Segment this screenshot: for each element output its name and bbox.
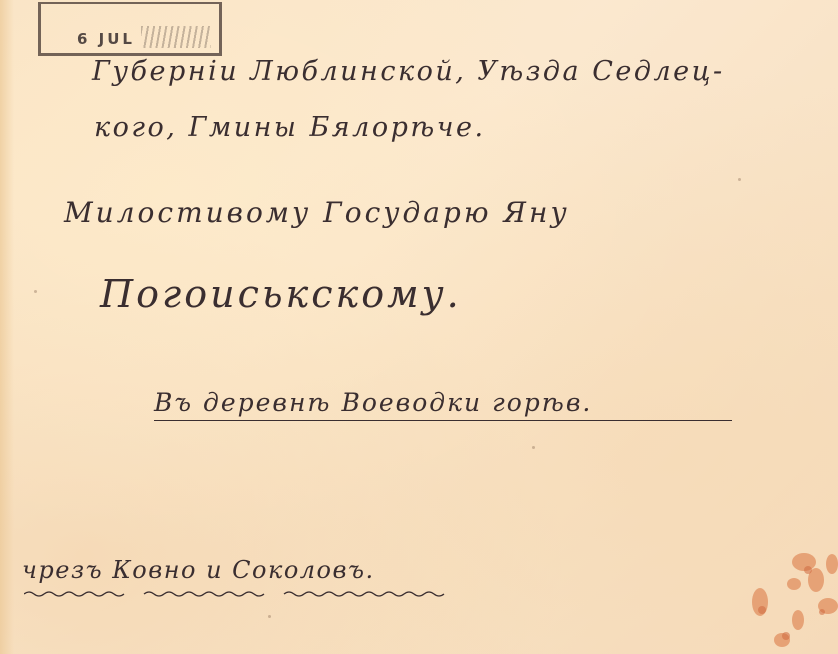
route-underline-squiggle: [24, 590, 448, 598]
address-line-route: чрезъ Ковно и Соколовъ.: [22, 556, 375, 584]
address-line-province: Губерніи Люблинской, Уѣзда Седлец-: [92, 56, 725, 87]
address-line-recipient-name: Погоиськскому.: [100, 272, 462, 316]
address-line-village: Въ деревнѣ Воеводки горѣв.: [154, 388, 592, 417]
address-line-district: кого, Гмины Бялорѣче.: [94, 112, 486, 143]
envelope-paper: 6 JUL Губерніи Люблинской, Уѣзда Седлец-…: [0, 0, 838, 654]
village-underline: [154, 420, 732, 421]
wax-seal-stain: [742, 540, 838, 650]
paper-speck: [738, 178, 741, 181]
postmark-smudge: [141, 26, 211, 48]
paper-speck: [532, 446, 535, 449]
postmark-date: 6 JUL: [77, 30, 135, 48]
paper-speck: [34, 290, 37, 293]
address-line-salutation: Милостивому Государю Яну: [64, 196, 570, 229]
paper-edge-shading: [0, 0, 14, 654]
postmark-stamp: 6 JUL: [38, 2, 222, 56]
paper-speck: [268, 615, 271, 618]
